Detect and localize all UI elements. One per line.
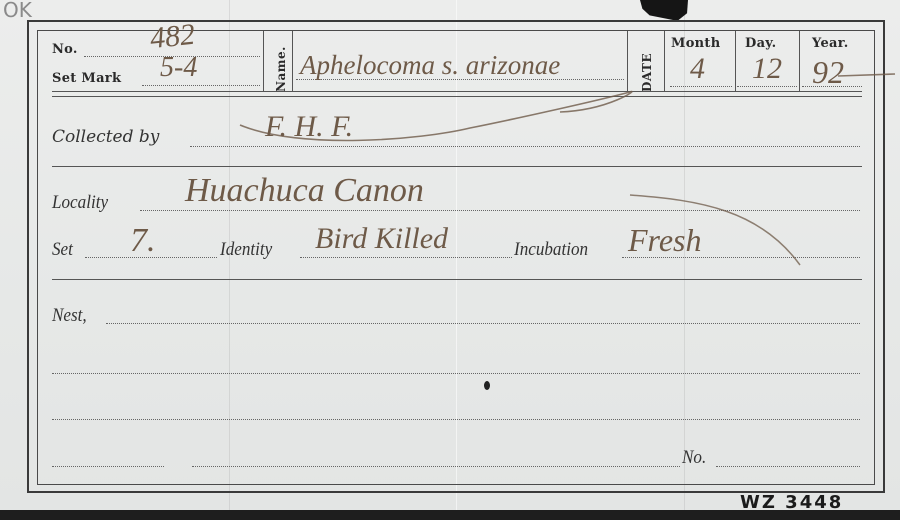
header-rule — [52, 91, 862, 92]
collected-by-field[interactable] — [190, 146, 860, 147]
collected-by-label: Collected by — [52, 127, 159, 147]
no-value: 482 — [148, 18, 196, 57]
set-label: Set — [52, 239, 73, 261]
identity-value: Bird Killed — [315, 222, 448, 256]
nest-field-line-4b[interactable] — [192, 466, 680, 467]
month-field[interactable] — [670, 86, 732, 87]
year-value: 92 — [812, 54, 844, 91]
section-rule — [52, 279, 862, 280]
pin-hole — [484, 381, 490, 390]
identity-field[interactable] — [300, 257, 512, 258]
set-mark-label: Set Mark — [52, 71, 121, 86]
header-divider — [799, 31, 800, 91]
nest-field[interactable] — [106, 323, 860, 324]
footer-no-label: No. — [682, 447, 706, 469]
identity-label: Identity — [220, 239, 272, 261]
locality-label: Locality — [52, 192, 108, 214]
month-label: Month — [671, 36, 720, 51]
month-value: 4 — [690, 52, 705, 86]
corner-pencil-note: OK — [3, 0, 32, 22]
year-label: Year. — [812, 36, 849, 51]
name-label: Name. — [274, 46, 288, 92]
date-label: DATE — [640, 53, 654, 92]
scan-edge — [0, 510, 900, 520]
nest-field-line-4a[interactable] — [52, 466, 164, 467]
incubation-label: Incubation — [514, 239, 588, 261]
header-divider — [292, 31, 293, 91]
header-divider — [735, 31, 736, 91]
name-value: Aphelocoma s. arizonae — [300, 50, 560, 81]
header-divider — [263, 31, 264, 91]
footer-no-field[interactable] — [716, 466, 860, 467]
locality-field[interactable] — [140, 210, 860, 211]
section-rule — [52, 166, 862, 167]
header-divider — [664, 31, 665, 91]
header-divider — [627, 31, 628, 91]
torn-edge — [640, 0, 688, 22]
day-label: Day. — [745, 36, 777, 51]
nest-field-line-2[interactable] — [52, 373, 860, 374]
nest-label: Nest, — [52, 305, 87, 327]
set-mark-value: 5-4 — [160, 52, 197, 84]
no-label: No. — [52, 42, 78, 57]
locality-value: Huachuca Canon — [185, 172, 424, 210]
collected-by-value: F. H. F. — [265, 110, 353, 144]
set-mark-field[interactable] — [142, 85, 260, 86]
header-rule — [52, 96, 862, 97]
specimen-card: OK No. Set Mark Name. DATE Month Day. Ye… — [0, 0, 900, 510]
set-value: 7. — [130, 222, 156, 260]
incubation-value: Fresh — [628, 222, 701, 259]
nest-field-line-3[interactable] — [52, 419, 860, 420]
day-value: 12 — [752, 52, 782, 86]
day-field[interactable] — [737, 86, 797, 87]
